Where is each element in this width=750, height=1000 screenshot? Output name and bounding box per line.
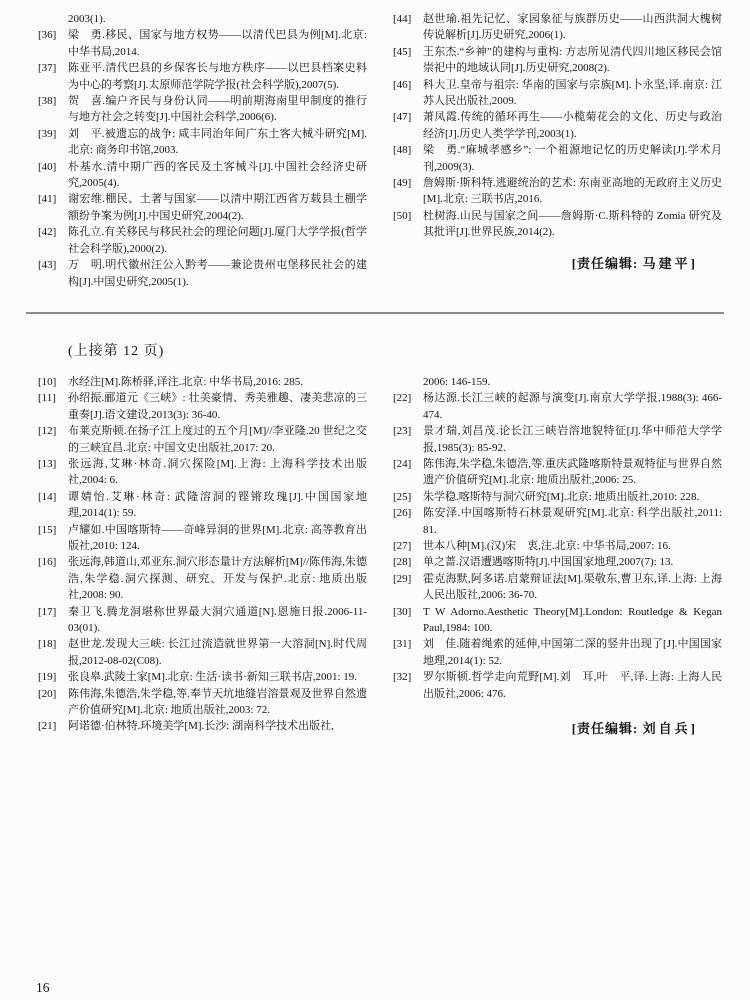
reference-number: [21] xyxy=(38,718,62,734)
reference-number: [20] xyxy=(38,686,62,719)
reference-number: [24] xyxy=(393,456,417,489)
bottom-left-column: [10] 水经注[M].陈桥驿,译注.北京: 中华书局,2016: 285. [… xyxy=(38,374,367,737)
reference-number: [28] xyxy=(393,554,417,570)
reference-text: 霍克海默,阿多诺.启蒙辩证法[M].渠敬东,曹卫东,译.上海: 上海人民出版社,… xyxy=(423,571,722,604)
editor-credit-top: [责任编辑: 马建平] xyxy=(393,253,722,272)
table-row: [41] 谢宏维.棚民、土著与国家——以清中期江西省万载县土棚学额纷争案为例[J… xyxy=(38,191,367,224)
table-row: [19] 张良皋.武陵土家[M].北京: 生活·读书·新知三联书店,2001: … xyxy=(38,669,367,685)
reference-text: 2006: 146-159. xyxy=(423,374,722,390)
reference-number: [13] xyxy=(38,456,62,489)
reference-text: 陈伟海,朱学稳,朱德浩,等.重庆武隆喀斯特景观特征与世界自然遗产价值研究[M].… xyxy=(423,456,722,489)
reference-text: 陈安泽.中国喀斯特石林景观研究[M].北京: 科学出版社,2011: 81. xyxy=(423,505,722,538)
reference-text: 孙绍振.郦道元《三峡》: 壮美豪情、秀美雅趣、凄美悲凉的三重奏[J].语文建设,… xyxy=(68,390,367,423)
reference-number xyxy=(38,11,62,27)
reference-text: 张远海,韩道山,邓亚东.洞穴形态量计方法解析[M]//陈伟海,朱德浩,朱学稳.洞… xyxy=(68,554,367,603)
table-row: [40] 朴基水.清中期广西的客民及土客械斗[J].中国社会经济史研究,2005… xyxy=(38,159,367,192)
reference-list: 2003(1). [36] 梁 勇.移民、国家与地方权势——以清代巴县为例[M]… xyxy=(38,11,367,290)
reference-text: 朴基水.清中期广西的客民及土客械斗[J].中国社会经济史研究,2005(4). xyxy=(68,159,367,192)
reference-text: 梁 勇.移民、国家与地方权势——以清代巴县为例[M].北京: 中华书局,2014… xyxy=(68,27,367,60)
reference-text: T W Adorno.Aesthetic Theory[M].London: R… xyxy=(423,604,722,637)
table-row: [11] 孙绍振.郦道元《三峡》: 壮美豪情、秀美雅趣、凄美悲凉的三重奏[J].… xyxy=(38,390,367,423)
reference-number: [10] xyxy=(38,374,62,390)
reference-text: 刘 平.被遗忘的战争: 咸丰同治年间广东土客大械斗研究[M].北京: 商务印书馆… xyxy=(68,126,367,159)
bottom-references-section: [10] 水经注[M].陈桥驿,译注.北京: 中华书局,2016: 285. [… xyxy=(38,374,722,737)
reference-number: [48] xyxy=(393,142,417,175)
reference-text: 阿诺德·伯林特.环境美学[M].长沙: 湖南科学技术出版社, xyxy=(68,718,367,734)
editor-bracket: ] xyxy=(691,721,696,736)
reference-text: 世本八种[M].(汉)宋 衷,注.北京: 中华书局,2007: 16. xyxy=(423,538,722,554)
document-page: 2003(1). [36] 梁 勇.移民、国家与地方权势——以清代巴县为例[M]… xyxy=(0,0,750,290)
reference-list: 2006: 146-159. [22] 杨达源.长江三峡的起源与演变[J].南京… xyxy=(393,374,722,702)
reference-number: [42] xyxy=(38,224,62,257)
bottom-page-area: (上接第 12 页) [10] 水经注[M].陈桥驿,译注.北京: 中华书局,2… xyxy=(0,314,750,737)
reference-text: 秦卫飞.腾龙洞堪称世界最大洞穴通道[N].恩施日报.2006-11-03(01)… xyxy=(68,604,367,637)
table-row: [15] 卢耀如.中国喀斯特——奇峰异洞的世界[M].北京: 高等教育出版社,2… xyxy=(38,522,367,555)
reference-number: [23] xyxy=(393,423,417,456)
table-row: [13] 张远海,艾琳·林奇.洞穴探险[M].上海: 上海科学技术出版社,200… xyxy=(38,456,367,489)
table-row: [22] 杨达源.长江三峡的起源与演变[J].南京大学学报,1988(3): 4… xyxy=(393,390,722,423)
reference-text: 杜树海.山民与国家之间——詹姆斯·C.斯科特的 Zomia 研究及其批评[J].… xyxy=(423,208,722,241)
reference-text: 罗尔斯顿.哲学走向荒野[M].刘 耳,叶 平,译.上海: 上海人民出版社,200… xyxy=(423,669,722,702)
table-row: [28] 单之蔷.汉语遭遇喀斯特[J].中国国家地理,2007(7): 13. xyxy=(393,554,722,570)
reference-number: [30] xyxy=(393,604,417,637)
reference-number: [19] xyxy=(38,669,62,685)
reference-number: [12] xyxy=(38,423,62,456)
editor-bracket: ] xyxy=(691,256,696,271)
table-row: [39] 刘 平.被遗忘的战争: 咸丰同治年间广东土客大械斗研究[M].北京: … xyxy=(38,126,367,159)
reference-text: 陈孔立.有关移民与移民社会的理论问题[J].厦门大学学报(哲学社会科学版),20… xyxy=(68,224,367,257)
reference-number: [50] xyxy=(393,208,417,241)
reference-number: [39] xyxy=(38,126,62,159)
table-row: [30] T W Adorno.Aesthetic Theory[M].Lond… xyxy=(393,604,722,637)
reference-number: [37] xyxy=(38,60,62,93)
bottom-right-column: 2006: 146-159. [22] 杨达源.长江三峡的起源与演变[J].南京… xyxy=(393,374,722,737)
table-row: [24] 陈伟海,朱学稳,朱德浩,等.重庆武隆喀斯特景观特征与世界自然遗产价值研… xyxy=(393,456,722,489)
table-row: [42] 陈孔立.有关移民与移民社会的理论问题[J].厦门大学学报(哲学社会科学… xyxy=(38,224,367,257)
reference-text: 赵世龙.发现大三峡: 长江过流造就世界第一大溶洞[N].时代周报,2012-08… xyxy=(68,636,367,669)
table-row: [12] 布莱克斯顿.在扬子江上度过的五个月[M]//李亚隆.20 世纪之交的三… xyxy=(38,423,367,456)
reference-text: 王东杰.“乡神”的建构与重构: 方志所见清代四川地区移民会馆崇祀中的地域认同[J… xyxy=(423,44,722,77)
table-row: [38] 贺 喜.编户齐民与身份认同——明前期海南里甲制度的推行与地方社会之转变… xyxy=(38,93,367,126)
reference-number: [27] xyxy=(393,538,417,554)
reference-number: [41] xyxy=(38,191,62,224)
reference-text: 贺 喜.编户齐民与身份认同——明前期海南里甲制度的推行与地方社会之转变[J].中… xyxy=(68,93,367,126)
editor-label: [责任编辑: xyxy=(572,256,643,271)
reference-number: [17] xyxy=(38,604,62,637)
reference-carryover-line: 2006: 146-159. xyxy=(393,374,722,390)
table-row: [16] 张远海,韩道山,邓亚东.洞穴形态量计方法解析[M]//陈伟海,朱德浩,… xyxy=(38,554,367,603)
reference-list: [44] 赵世瑜.祖先记忆、家园象征与族群历史——山西洪洞大槐树传说解析[J].… xyxy=(393,11,722,241)
table-row: [20] 陈伟海,朱德浩,朱学稳,等.奉节天坑地缝岩溶景观及世界自然遗产价值研究… xyxy=(38,686,367,719)
table-row: [23] 景才瑞,刘昌茂.论长江三峡岩溶地貌特征[J].华中师范大学学报,198… xyxy=(393,423,722,456)
table-row: [21] 阿诺德·伯林特.环境美学[M].长沙: 湖南科学技术出版社, xyxy=(38,718,367,734)
reference-text: 水经注[M].陈桥驿,译注.北京: 中华书局,2016: 285. xyxy=(68,374,367,390)
table-row: [47] 萧凤霞.传统的循环再生——小榄菊花会的文化、历史与政治经济[J].历史… xyxy=(393,109,722,142)
reference-text: 陈伟海,朱德浩,朱学稳,等.奉节天坑地缝岩溶景观及世界自然遗产价值研究[M].北… xyxy=(68,686,367,719)
reference-number: [16] xyxy=(38,554,62,603)
reference-text: 刘 佳.随着绳索的延伸,中国第二深的竖井出现了[J].中国国家地理,2014(1… xyxy=(423,636,722,669)
reference-number: [14] xyxy=(38,489,62,522)
table-row: [18] 赵世龙.发现大三峡: 长江过流造就世界第一大溶洞[N].时代周报,20… xyxy=(38,636,367,669)
table-row: [36] 梁 勇.移民、国家与地方权势——以清代巴县为例[M].北京: 中华书局… xyxy=(38,27,367,60)
reference-text: 张良皋.武陵土家[M].北京: 生活·读书·新知三联书店,2001: 19. xyxy=(68,669,367,685)
reference-text: 万 明.明代徽州汪公入黔考——兼论贵州屯堡移民社会的建构[J].中国史研究,20… xyxy=(68,257,367,290)
table-row: [29] 霍克海默,阿多诺.启蒙辩证法[M].渠敬东,曹卫东,译.上海: 上海人… xyxy=(393,571,722,604)
reference-text: 萧凤霞.传统的循环再生——小榄菊花会的文化、历史与政治经济[J].历史人类学学刊… xyxy=(423,109,722,142)
top-references-section: 2003(1). [36] 梁 勇.移民、国家与地方权势——以清代巴县为例[M]… xyxy=(38,11,722,290)
reference-number: [36] xyxy=(38,27,62,60)
reference-number: [18] xyxy=(38,636,62,669)
reference-text: 布莱克斯顿.在扬子江上度过的五个月[M]//李亚隆.20 世纪之交的三峡宜昌.北… xyxy=(68,423,367,456)
reference-number: [15] xyxy=(38,522,62,555)
reference-text: 詹姆斯·斯科特.逃避统治的艺术: 东南亚高地的无政府主义历史[M].北京: 三联… xyxy=(423,175,722,208)
reference-number: [40] xyxy=(38,159,62,192)
table-row: [44] 赵世瑜.祖先记忆、家园象征与族群历史——山西洪洞大槐树传说解析[J].… xyxy=(393,11,722,44)
table-row: [26] 陈安泽.中国喀斯特石林景观研究[M].北京: 科学出版社,2011: … xyxy=(393,505,722,538)
reference-number: [43] xyxy=(38,257,62,290)
top-right-column: [44] 赵世瑜.祖先记忆、家园象征与族群历史——山西洪洞大槐树传说解析[J].… xyxy=(393,11,722,290)
table-row: [10] 水经注[M].陈桥驿,译注.北京: 中华书局,2016: 285. xyxy=(38,374,367,390)
reference-text: 张远海,艾琳·林奇.洞穴探险[M].上海: 上海科学技术出版社,2004: 6. xyxy=(68,456,367,489)
table-row: [49] 詹姆斯·斯科特.逃避统治的艺术: 东南亚高地的无政府主义历史[M].北… xyxy=(393,175,722,208)
reference-number xyxy=(393,374,417,390)
reference-number: [26] xyxy=(393,505,417,538)
reference-text: 谭婧怡.艾琳·林奇: 武隆溶洞的铿锵玫瑰[J].中国国家地理,2014(1): … xyxy=(68,489,367,522)
reference-number: [29] xyxy=(393,571,417,604)
reference-number: [11] xyxy=(38,390,62,423)
reference-number: [49] xyxy=(393,175,417,208)
reference-number: [38] xyxy=(38,93,62,126)
reference-text: 卢耀如.中国喀斯特——奇峰异洞的世界[M].北京: 高等教育出版社,2010: … xyxy=(68,522,367,555)
reference-number: [31] xyxy=(393,636,417,669)
table-row: [32] 罗尔斯顿.哲学走向荒野[M].刘 耳,叶 平,译.上海: 上海人民出版… xyxy=(393,669,722,702)
table-row: [46] 科大卫.皇帝与祖宗: 华南的国家与宗族[M].卜永坚,译.南京: 江苏… xyxy=(393,77,722,110)
reference-number: [44] xyxy=(393,11,417,44)
reference-number: [32] xyxy=(393,669,417,702)
reference-text: 朱学稳.喀斯特与洞穴研究[M].北京: 地质出版社,2010: 228. xyxy=(423,489,722,505)
reference-text: 梁 勇.“麻城孝感乡”: 一个祖源地记忆的历史解读[J].学术月刊,2009(3… xyxy=(423,142,722,175)
editor-credit-bottom: [责任编辑: 刘自兵] xyxy=(393,718,722,737)
editor-name: 马建平 xyxy=(643,256,691,271)
reference-number: [22] xyxy=(393,390,417,423)
continuation-note: (上接第 12 页) xyxy=(38,314,722,374)
reference-text: 2003(1). xyxy=(68,11,367,27)
table-row: [31] 刘 佳.随着绳索的延伸,中国第二深的竖井出现了[J].中国国家地理,2… xyxy=(393,636,722,669)
table-row: [37] 陈亚平.清代巴县的乡保客长与地方秩序——以巴县档案史料为中心的考察[J… xyxy=(38,60,367,93)
table-row: [17] 秦卫飞.腾龙洞堪称世界最大洞穴通道[N].恩施日报.2006-11-0… xyxy=(38,604,367,637)
table-row: [50] 杜树海.山民与国家之间——詹姆斯·C.斯科特的 Zomia 研究及其批… xyxy=(393,208,722,241)
table-row: [45] 王东杰.“乡神”的建构与重构: 方志所见清代四川地区移民会馆崇祀中的地… xyxy=(393,44,722,77)
editor-name: 刘自兵 xyxy=(643,721,691,736)
table-row: [14] 谭婧怡.艾琳·林奇: 武隆溶洞的铿锵玫瑰[J].中国国家地理,2014… xyxy=(38,489,367,522)
reference-text: 谢宏维.棚民、土著与国家——以清中期江西省万载县土棚学额纷争案为例[J].中国史… xyxy=(68,191,367,224)
table-row: [43] 万 明.明代徽州汪公入黔考——兼论贵州屯堡移民社会的建构[J].中国史… xyxy=(38,257,367,290)
reference-text: 杨达源.长江三峡的起源与演变[J].南京大学学报,1988(3): 466-47… xyxy=(423,390,722,423)
reference-text: 景才瑞,刘昌茂.论长江三峡岩溶地貌特征[J].华中师范大学学报,1985(3):… xyxy=(423,423,722,456)
reference-text: 赵世瑜.祖先记忆、家园象征与族群历史——山西洪洞大槐树传说解析[J].历史研究,… xyxy=(423,11,722,44)
reference-number: [46] xyxy=(393,77,417,110)
reference-text: 陈亚平.清代巴县的乡保客长与地方秩序——以巴县档案史料为中心的考察[J].太原师… xyxy=(68,60,367,93)
top-left-column: 2003(1). [36] 梁 勇.移民、国家与地方权势——以清代巴县为例[M]… xyxy=(38,11,367,290)
editor-label: [责任编辑: xyxy=(572,721,643,736)
reference-number: [47] xyxy=(393,109,417,142)
reference-text: 单之蔷.汉语遭遇喀斯特[J].中国国家地理,2007(7): 13. xyxy=(423,554,722,570)
reference-text: 科大卫.皇帝与祖宗: 华南的国家与宗族[M].卜永坚,译.南京: 江苏人民出版社… xyxy=(423,77,722,110)
table-row: [27] 世本八种[M].(汉)宋 衷,注.北京: 中华书局,2007: 16. xyxy=(393,538,722,554)
reference-number: [45] xyxy=(393,44,417,77)
reference-list: [10] 水经注[M].陈桥驿,译注.北京: 中华书局,2016: 285. [… xyxy=(38,374,367,735)
reference-carryover-line: 2003(1). xyxy=(38,11,367,27)
reference-number: [25] xyxy=(393,489,417,505)
table-row: [25] 朱学稳.喀斯特与洞穴研究[M].北京: 地质出版社,2010: 228… xyxy=(393,489,722,505)
table-row: [48] 梁 勇.“麻城孝感乡”: 一个祖源地记忆的历史解读[J].学术月刊,2… xyxy=(393,142,722,175)
page-number: 16 xyxy=(36,980,50,996)
